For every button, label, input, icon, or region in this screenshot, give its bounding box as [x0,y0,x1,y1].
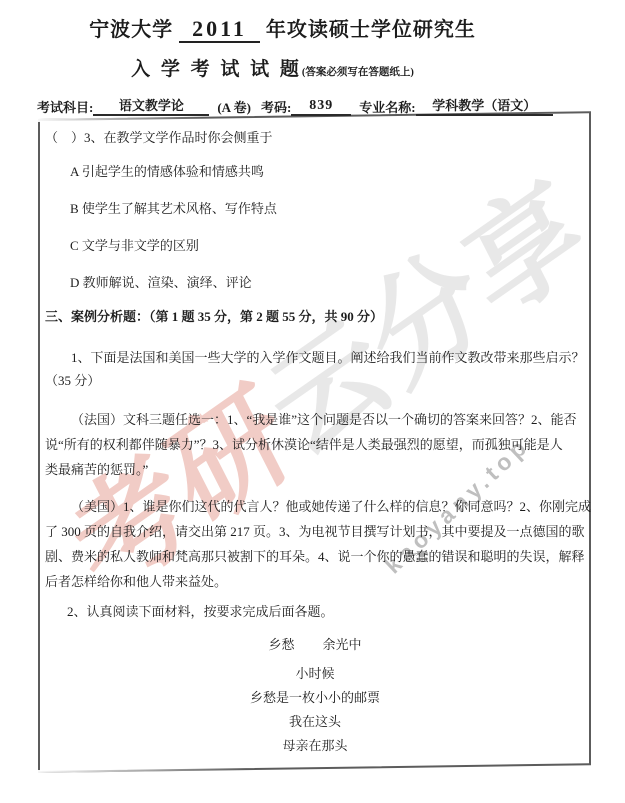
meta-row: 考试科目: 语文教学论 (A 卷) 考码: 839 专业名称: 学科教学（语文） [37,97,553,116]
question3-option: A 引起学生的情感体验和情感共鸣 [70,164,585,179]
question3-stem: （ ）3、在教学文学作品时你会侧重于 [45,121,585,145]
poem-line: 乡愁是一枚小小的邮票 [45,686,585,710]
exam-paper-page: 考研云分享 kaoyany.top 宁波大学 2011 年攻读硕士学位研究生 入… [0,0,625,803]
subject-value: 语文教学论 [93,97,209,116]
question3-options: A 引起学生的情感体验和情感共鸣B 使学生了解其艺术风格、写作特点C 文学与非文… [45,164,585,290]
exam-year: 2011 [179,16,260,43]
major-value: 学科教学（语文） [416,97,553,116]
exam-content: （ ）3、在教学文学作品时你会侧重于 A 引起学生的情感体验和情感共鸣B 使学生… [45,121,585,758]
university-name: 宁波大学 [89,19,173,41]
poem-line: 母亲在那头 [45,734,585,758]
answer-sheet-note: (答案必须写在答题纸上) [302,67,414,78]
code-label: 考码: [261,99,291,116]
case1-france-line: 说“所有的权利都伴随暴力”？3、试分析休漠论“结伴是人类最强烈的愿望，而孤独可能… [45,432,585,457]
case1-france-line: 类最痛苦的惩罚。” [45,457,585,482]
poem-author: 余光中 [323,637,362,652]
case1-intro: 1、下面是法国和美国一些大学的入学作文题目。阐述给我们当前作文教改带来那些启示？… [45,346,585,392]
major-label: 专业名称: [359,99,415,116]
title-suffix: 年攻读硕士学位研究生 [266,19,476,41]
case1-france-paragraph: （法国）文科三题任选一：1、“我是谁”这个问题是否以一个确切的答案来回答？2、能… [45,407,585,482]
code-value: 839 [291,97,351,116]
poem-title-row: 乡愁余光中 [45,637,585,652]
case1-usa-line: （美国）1、谁是你们这代的代言人？他或她传递了什么样的信息？你同意吗？2、你刚完… [45,494,585,519]
poem-title: 乡愁 [268,637,294,652]
case1-usa-line: 了 300 页的自我介绍，请交出第 217 页。3、为电视节目撰写计划书，其中要… [45,519,585,544]
poem-line: 小时候 [45,662,585,686]
case1-usa-paragraph: （美国）1、谁是你们这代的代言人？他或她传递了什么样的信息？你同意吗？2、你刚完… [45,494,585,594]
poem-line: 我在这头 [45,710,585,734]
case1-france-line: （法国）文科三题任选一：1、“我是谁”这个问题是否以一个确切的答案来回答？2、能… [45,407,585,432]
subject-label: 考试科目: [37,99,93,116]
case1-usa-line: 后者怎样给你和他人带来益处。 [45,569,585,594]
question3-option: B 使学生了解其艺术风格、写作特点 [70,201,585,216]
poem-lines: 小时候乡愁是一枚小小的邮票我在这头母亲在那头 [45,662,585,758]
case2-intro: 2、认真阅读下面材料，按要求完成后面各题。 [45,604,585,619]
title-line-2: 入 学 考 试 试 题(答案必须写在答题纸上) [0,58,585,85]
case1-intro-line: 1、下面是法国和美国一些大学的入学作文题目。阐述给我们当前作文教改带来那些启示？ [45,346,585,369]
question3-option: D 教师解说、渲染、演绎、评论 [70,275,585,290]
question3-option: C 文学与非文学的区别 [70,238,585,253]
title-line-1: 宁波大学 2011 年攻读硕士学位研究生 [0,15,595,44]
case1-intro-line: （35 分） [45,369,585,392]
paper-header: 宁波大学 2011 年攻读硕士学位研究生 入 学 考 试 试 题(答案必须写在答… [0,0,625,116]
case1-usa-line: 剧、费米的私人教师和梵高那只被割下的耳朵。4、说一个你的愚蠢的错误和聪明的失误，… [45,544,585,569]
paper-version: (A 卷) [217,99,251,116]
section3-heading: 三、案例分析题：（第 1 题 35 分，第 2 题 55 分，共 90 分） [45,309,585,324]
exam-title: 入 学 考 试 试 题 [131,59,302,80]
